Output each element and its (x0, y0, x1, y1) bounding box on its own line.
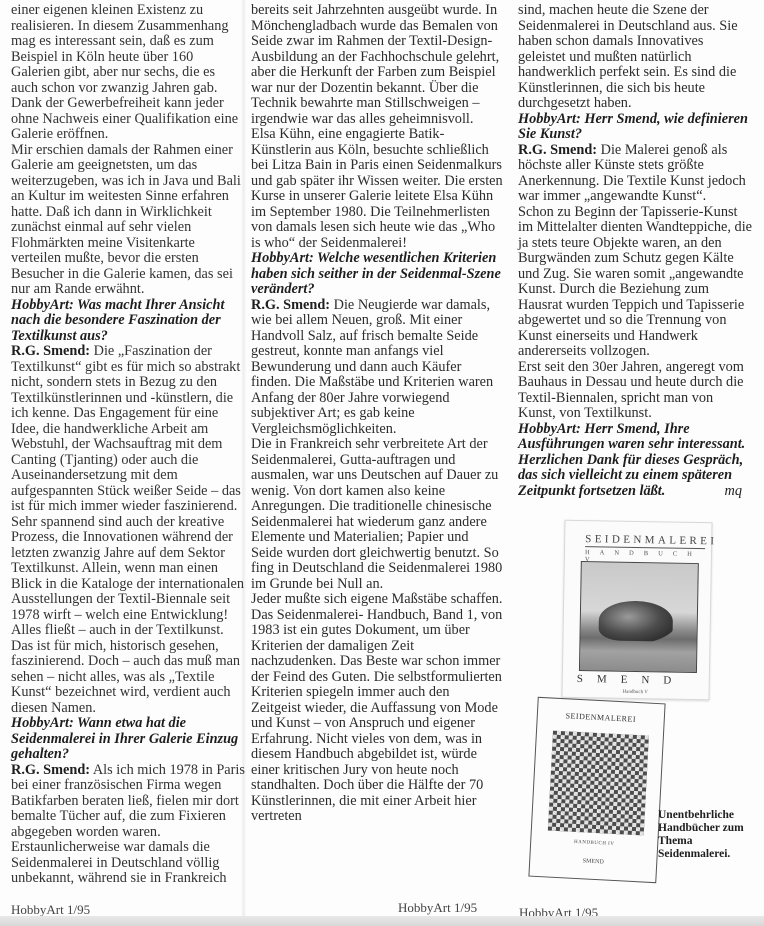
interview-question: HobbyArt: Was macht Ihrer Ansicht nach d… (11, 298, 245, 345)
interview-question: HobbyArt: Herr Smend, Ihre Ausführungen … (518, 422, 754, 500)
speaker-name: R.G. Smend: (11, 762, 90, 778)
paragraph: Elsa Kühn, eine engagierte Batik-Künstle… (251, 127, 503, 251)
book-label: Handbuch V (623, 690, 648, 695)
magazine-page: einer eigenen kleinen Existenz zu realis… (0, 0, 764, 926)
answer-text: Die „Faszination der Textilkunst“ gibt e… (11, 343, 241, 514)
speaker-name: R.G. Smend: (11, 343, 90, 359)
question-text: HobbyArt: Wann etwa hat die Seidenmalere… (11, 715, 238, 762)
cover-photo (579, 561, 699, 673)
interview-answer: R.G. Smend: Die „Faszination der Textilk… (11, 344, 245, 515)
interview-question: HobbyArt: Welche wesentlichen Kriterien … (251, 251, 503, 298)
paragraph: Schon zu Beginn der Tapisserie-Kunst im … (518, 205, 754, 360)
paragraph: einer eigenen kleinen Existenz zu realis… (11, 3, 245, 143)
book-author: SMEND (577, 673, 701, 687)
book-cover-handbuch-v: SEIDENMALEREI HANDBUCH V SMEND Handbuch … (561, 520, 712, 701)
article-column-right: sind, machen heute die Szene der Seidenm… (518, 3, 754, 499)
question-text: HobbyArt: Welche wesentlichen Kriterien … (251, 250, 501, 297)
article-column-left: einer eigenen kleinen Existenz zu realis… (11, 3, 245, 887)
book-subtitle: HANDBUCH IV (531, 838, 657, 850)
footer-middle: HobbyArt 1/95 (398, 900, 477, 916)
paragraph: Die in Frankreich sehr verbreitete Art d… (251, 437, 503, 592)
interview-answer: R.G. Smend: Als ich mich 1978 in Paris b… (11, 763, 245, 887)
book-author: SMEND (530, 856, 656, 869)
author-signature: mq (725, 484, 742, 500)
question-text: HobbyArt: Herr Smend, Ihre Ausführungen … (518, 421, 745, 499)
book-title: SEIDENMALEREI (585, 533, 705, 549)
interview-answer: R.G. Smend: Die Malerei genoß als höchst… (518, 143, 754, 205)
answer-text: Die Neugierde war damals, wie bei allem … (251, 297, 493, 437)
book-cover-handbuch-iv: SEIDENMALEREI HANDBUCH IV SMEND (528, 697, 665, 883)
interview-question: HobbyArt: Herr Smend, wie definieren Sie… (518, 112, 754, 143)
interview-question: HobbyArt: Wann etwa hat die Seidenmalere… (11, 716, 245, 763)
scan-bottom-edge (0, 916, 764, 926)
image-caption: Unentbehrliche Handbücher zum Thema Seid… (658, 809, 762, 861)
paragraph: bereits seit Jahrzehnten ausgeübt wurde.… (251, 3, 503, 127)
speaker-name: R.G. Smend: (518, 142, 597, 158)
question-text: HobbyArt: Herr Smend, wie definieren Sie… (518, 111, 748, 143)
paragraph: Erst seit den 30er Jahren, angeregt vom … (518, 360, 754, 422)
paragraph: Mir erschien damals der Rahmen einer Gal… (11, 143, 245, 298)
question-text: HobbyArt: Was macht Ihrer Ansicht nach d… (11, 297, 224, 344)
cover-pattern-image (548, 731, 649, 836)
speaker-name: R.G. Smend: (251, 297, 330, 313)
paragraph: Jeder mußte sich eigene Maßstäbe schaffe… (251, 592, 503, 825)
article-column-middle: bereits seit Jahrzehnten ausgeübt wurde.… (251, 3, 503, 825)
paragraph: sind, machen heute die Szene der Seidenm… (518, 3, 754, 112)
interview-answer: R.G. Smend: Die Neugierde war damals, wi… (251, 298, 503, 438)
book-title: SEIDENMALEREI (538, 710, 664, 726)
answer-text: Als ich mich 1978 in Paris bei einer fra… (11, 762, 245, 887)
fabric-sculpture-image (598, 600, 673, 641)
paragraph: Sehr spannend sind auch der kreative Pro… (11, 515, 245, 717)
